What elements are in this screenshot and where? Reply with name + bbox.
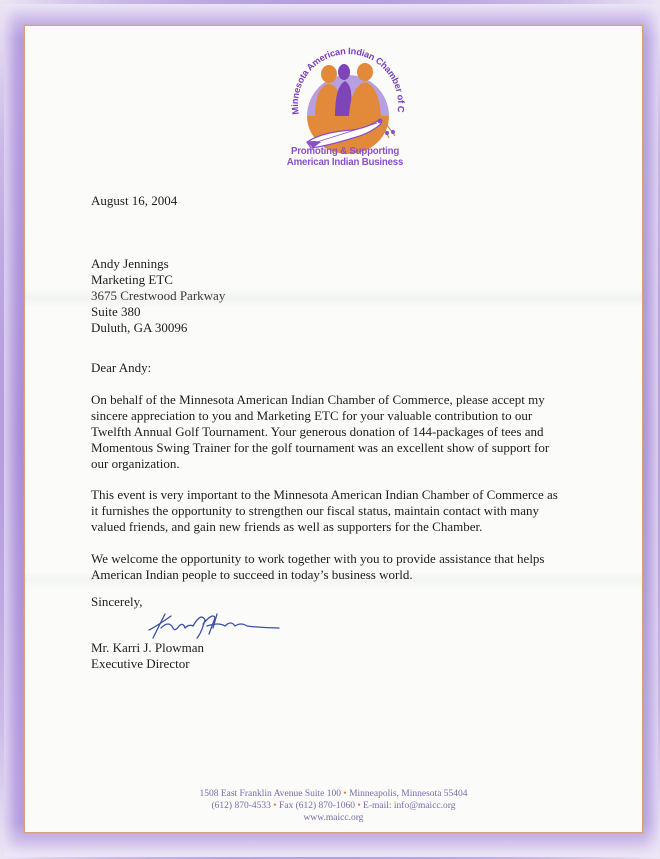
paragraph-line: valued friends, and gain new friends as …: [91, 519, 651, 535]
bullet-icon: •: [273, 801, 276, 811]
recipient-city: Duluth, GA 30096: [91, 320, 631, 336]
footer-address-line: 1508 East Franklin Avenue Suite 100 • Mi…: [25, 788, 642, 800]
footer-contact-line: (612) 870-4533 • Fax (612) 870-1060 • E-…: [25, 800, 642, 812]
paragraph-line: Twelfth Annual Golf Tournament. Your gen…: [91, 424, 651, 440]
footer-email[interactable]: E-mail: info@maicc.org: [363, 801, 455, 811]
paragraph-line: On behalf of the Minnesota American Indi…: [91, 392, 651, 408]
signer-block: Mr. Karri J. Plowman Executive Director: [91, 640, 204, 672]
handwritten-signature-icon: [143, 606, 283, 642]
body-paragraph-1: On behalf of the Minnesota American Indi…: [91, 392, 651, 472]
signer-name: Mr. Karri J. Plowman: [91, 640, 204, 656]
recipient-name: Andy Jennings: [91, 256, 631, 272]
footer-phone: (612) 870-4533: [212, 801, 271, 811]
recipient-street: 3675 Crestwood Parkway: [91, 288, 631, 304]
recipient-suite: Suite 380: [91, 304, 631, 320]
letter-date: August 16, 2004: [91, 193, 631, 209]
footer-fax: Fax (612) 870-1060: [279, 801, 355, 811]
paragraph-line: it furnishes the opportunity to strength…: [91, 503, 651, 519]
paragraph-line: Momentous Swing Trainer for the golf tou…: [91, 440, 651, 456]
paragraph-line: sincere appreciation to you and Marketin…: [91, 408, 651, 424]
recipient-company: Marketing ETC: [91, 272, 631, 288]
paragraph-line: We welcome the opportunity to work toget…: [91, 551, 651, 567]
salutation: Dear Andy:: [91, 360, 631, 376]
footer-website[interactable]: www.maicc.org: [25, 812, 642, 824]
letter-page: Minnesota American Indian Chamber of Com…: [24, 25, 643, 833]
letterhead-tagline: Promoting & Supporting American Indian B…: [267, 146, 423, 168]
signer-title: Executive Director: [91, 656, 204, 672]
paragraph-line: This event is very important to the Minn…: [91, 487, 651, 503]
body-paragraph-2: This event is very important to the Minn…: [91, 487, 651, 535]
letterhead-footer: 1508 East Franklin Avenue Suite 100 • Mi…: [25, 788, 642, 824]
paragraph-line: our organization.: [91, 456, 651, 472]
closing: Sincerely,: [91, 594, 143, 610]
recipient-address: Andy Jennings Marketing ETC 3675 Crestwo…: [91, 256, 631, 336]
bullet-icon: •: [343, 789, 346, 799]
paragraph-line: American Indian people to succeed in tod…: [91, 567, 651, 583]
bullet-icon: •: [357, 801, 360, 811]
footer-city: Minneapolis, Minnesota 55404: [349, 789, 467, 799]
footer-street: 1508 East Franklin Avenue Suite 100: [199, 789, 341, 799]
tagline-line-2: American Indian Business: [267, 157, 423, 168]
body-paragraph-3: We welcome the opportunity to work toget…: [91, 551, 651, 583]
